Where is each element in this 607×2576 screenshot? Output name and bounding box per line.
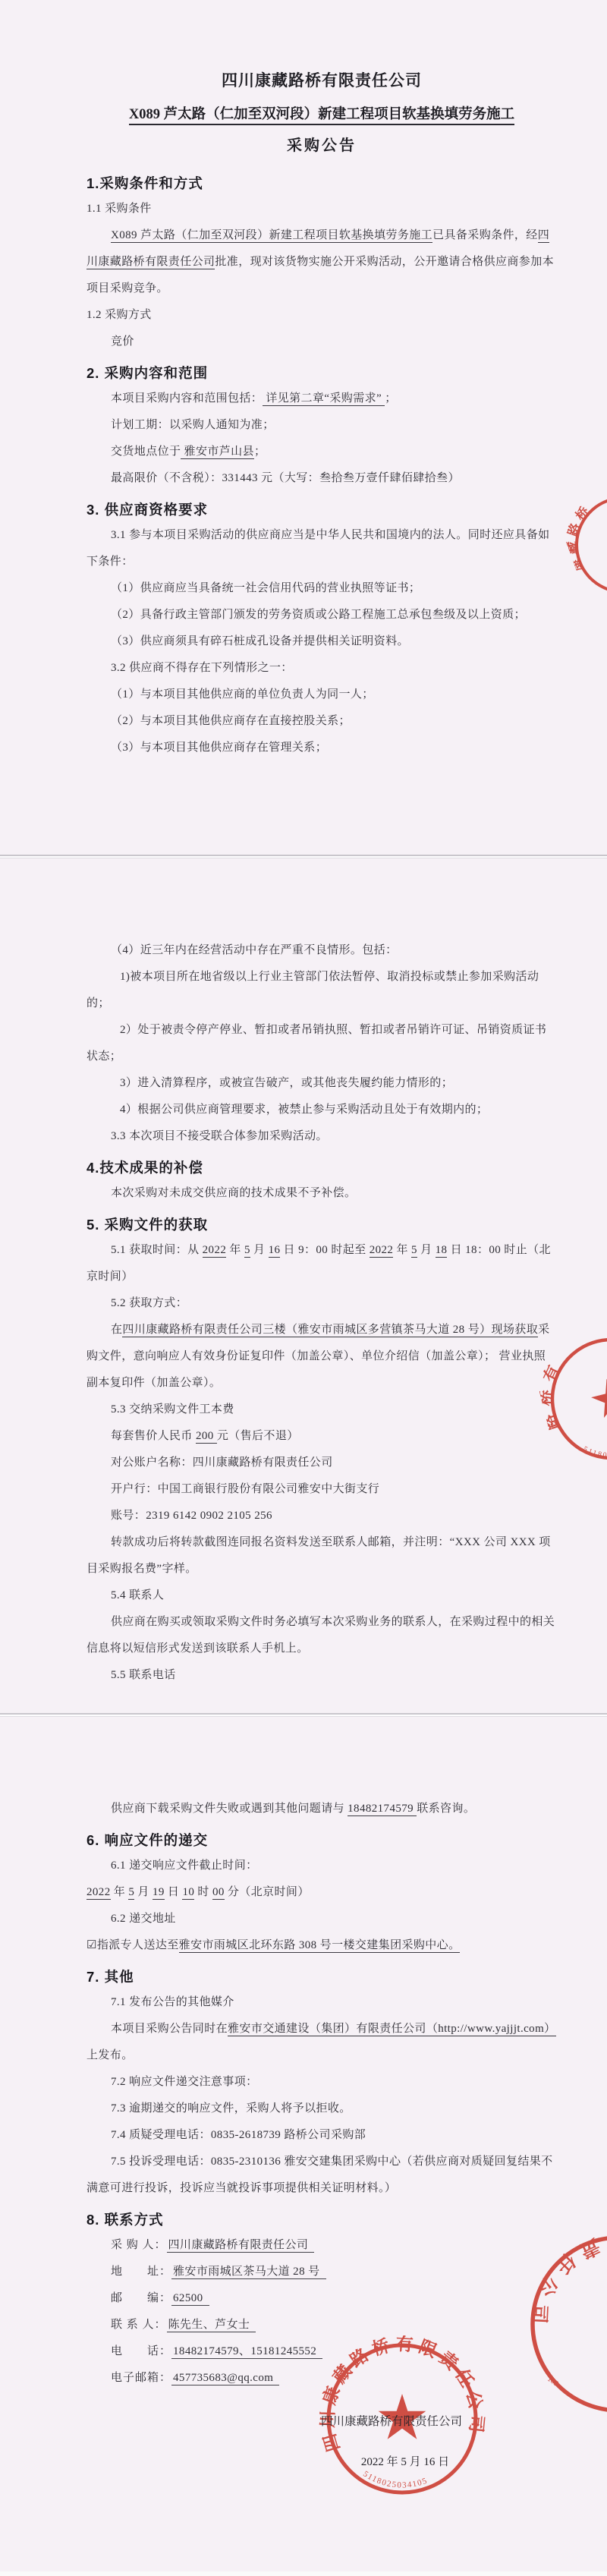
qualification-item-2: （2）具备行政主管部门颁发的劳务资质或公路工程施工总承包叁级及以上资质； bbox=[86, 602, 557, 628]
clause-1-1-body: X089 芦太路（仁加至双河段）新建工程项目软基换填劳务施工已具备采购条件，经四… bbox=[86, 222, 557, 302]
svg-text:51180250: 51180250 bbox=[580, 1437, 607, 1469]
section-8-heading: 8. 联系方式 bbox=[86, 2208, 557, 2232]
underlined-text: 200 bbox=[196, 1430, 217, 1444]
section-1-heading: 1.采购条件和方式 bbox=[86, 172, 557, 196]
max-price-line: 最高限价（不含税）：331443 元（大写：叁拾叁万壹仟肆佰肆拾叁） bbox=[86, 465, 557, 492]
download-help-line: 供应商下载采购文件失败或遇到其他问题请与 18482174579 联系咨询。 bbox=[86, 1796, 557, 1822]
delivery-address-line: ☑指派专人送达至雅安市雨城区北环东路 308 号一楼交建集团采购中心。 bbox=[86, 1932, 557, 1959]
text-segment: 每套售价人民币 bbox=[111, 1430, 196, 1442]
contact-row: 采 购 人：四川康藏路桥有限责任公司 bbox=[86, 2232, 557, 2259]
clause-7-4: 7.4 质疑受理电话：0835-2618739 路桥公司采购部 bbox=[86, 2122, 557, 2149]
clause-5-3-heading: 5.3 交纳采购文件工本费 bbox=[86, 1397, 557, 1423]
bad-record-item-3: 3）进入清算程序，或被宣告破产，或其他丧失履约能力情形的； bbox=[86, 1070, 557, 1097]
doc-type-title: 采购公告 bbox=[86, 135, 557, 156]
underlined-text: 雅安市雨城区北环东路 308 号一楼交建集团采购中心。 bbox=[179, 1939, 461, 1953]
clause-5-4-body: 供应商在购买或领取采购文件时务必填写本次采购业务的联系人，在采购过程中的相关信息… bbox=[86, 1609, 557, 1662]
text-segment: 月 bbox=[417, 1244, 436, 1256]
underlined-text: 2022 bbox=[86, 1886, 111, 1900]
page-1: 四川康藏路桥有限责任公司 X089 芦太路（仁加至双河段）新建工程项目软基换填劳… bbox=[0, 0, 607, 855]
underlined-text: 18482174579 bbox=[348, 1803, 417, 1816]
schedule-line: 计划工期：以采购人通知为准； bbox=[86, 412, 557, 439]
clause-5-1: 5.1 获取时间：从 2022 年 5 月 16 日 9：00 时起至 2022… bbox=[86, 1237, 557, 1290]
clause-6-1-heading: 6.1 递交响应文件截止时间： bbox=[86, 1853, 557, 1879]
restriction-item-2: （2）与本项目其他供应商存在直接控股关系； bbox=[86, 708, 557, 735]
bad-record-item-4: 4）根据公司供应商管理要求，被禁止参与采购活动且处于有效期内的； bbox=[86, 1097, 557, 1123]
text-segment: 交货地点位于 bbox=[111, 446, 181, 458]
underlined-text: 详见第二章“采购需求” bbox=[263, 392, 385, 406]
transfer-note-line: 转款成功后将转款截图连同报名资料发送至联系人邮箱，并注明：“XXX 公司 XXX… bbox=[86, 1529, 557, 1582]
project-title-text: X089 芦太路（仁加至双河段）新建工程项目软基换填劳务施工 bbox=[129, 107, 514, 125]
underlined-text: 雅安市交通建设（集团）有限责任公司（http://www.yajjjt.com） bbox=[228, 2023, 556, 2036]
section-2-heading: 2. 采购内容和范围 bbox=[86, 361, 557, 386]
text-segment: 指派专人送达至 bbox=[97, 1939, 179, 1951]
clause-1-2-heading: 1.2 采购方式 bbox=[86, 302, 557, 329]
clause-7-2: 7.2 响应文件递交注意事项： bbox=[86, 2069, 557, 2096]
page-1-content: 四川康藏路桥有限责任公司 X089 芦太路（仁加至双河段）新建工程项目软基换填劳… bbox=[0, 0, 607, 761]
page-2: （4）近三年内在经营活动中存在严重不良情形。包括： 1)被本项目所在地省级以上行… bbox=[0, 858, 607, 1713]
clause-5-5-heading: 5.5 联系电话 bbox=[86, 1662, 557, 1689]
underlined-text: 5 bbox=[244, 1244, 250, 1258]
clause-7-3: 7.3 逾期递交的响应文件，采购人将予以拒收。 bbox=[86, 2096, 557, 2122]
clause-5-2-heading: 5.2 获取方式： bbox=[86, 1290, 557, 1317]
contact-row: 地 址：雅安市雨城区茶马大道 28 号 bbox=[86, 2259, 557, 2285]
contact-value: 457735683@qq.com bbox=[171, 2372, 279, 2385]
text-segment: 元（售后不退） bbox=[217, 1430, 299, 1442]
scanned-document: 四川康藏路桥有限责任公司 X089 芦太路（仁加至双河段）新建工程项目软基换填劳… bbox=[0, 0, 607, 2571]
bad-record-item-2: 2）处于被责令停产停业、暂扣或者吊销执照、暂扣或者吊销许可证、吊销资质证书状态； bbox=[86, 1017, 557, 1070]
signature-company: 四川康藏路桥有限责任公司 bbox=[303, 2412, 480, 2429]
restriction-item-4: （4）近三年内在经营活动中存在严重不良情形。包括： bbox=[86, 937, 557, 964]
account-number-line: 账号：2319 6142 0902 2105 256 bbox=[86, 1503, 557, 1529]
section-4-heading: 4.技术成果的补偿 bbox=[86, 1156, 557, 1180]
clause-6-2-heading: 6.2 递交地址 bbox=[86, 1906, 557, 1932]
text-segment: 日 9：00 时起至 bbox=[280, 1244, 369, 1256]
clause-4-body: 本次采购对未成交供应商的技术成果不予补偿。 bbox=[86, 1180, 557, 1207]
text-segment: 时 bbox=[194, 1886, 212, 1898]
text-segment: 日 bbox=[165, 1886, 183, 1898]
delivery-place-line: 交货地点位于 雅安市芦山县； bbox=[86, 439, 557, 465]
text-segment: 年 bbox=[393, 1244, 411, 1256]
page-3: 供应商下载采购文件失败或遇到其他问题请与 18482174579 联系咨询。 6… bbox=[0, 1717, 607, 2571]
document-fee-line: 每套售价人民币 200 元（售后不退） bbox=[86, 1423, 557, 1450]
text-segment: 上发布。 bbox=[86, 2049, 134, 2061]
delivery-address-text: 指派专人送达至雅安市雨城区北环东路 308 号一楼交建集团采购中心。 bbox=[97, 1939, 461, 1953]
procurement-method-value: 竞价 bbox=[86, 329, 557, 355]
underlined-text: 00 bbox=[212, 1886, 225, 1900]
contact-value: 四川康藏路桥有限责任公司 bbox=[167, 2239, 315, 2253]
text-segment: 分（北京时间） bbox=[225, 1886, 310, 1898]
bank-line: 开户行：中国工商银行股份有限公司雅安中大街支行 bbox=[86, 1476, 557, 1503]
underlined-text: X089 芦太路（仁加至双河段）新建工程项目软基换填劳务施工 bbox=[111, 229, 432, 243]
contact-row: 邮 编：62500 bbox=[86, 2285, 557, 2312]
project-title: X089 芦太路（仁加至双河段）新建工程项目软基换填劳务施工 bbox=[86, 105, 557, 124]
underlined-text: 5 bbox=[411, 1244, 417, 1258]
clause-3-2: 3.2 供应商不得存在下列情形之一： bbox=[86, 655, 557, 682]
underlined-text: 雅安市芦山县 bbox=[181, 446, 254, 459]
contact-label: 采 购 人： bbox=[111, 2239, 167, 2251]
underlined-text: 16 bbox=[269, 1244, 281, 1258]
text-segment: ； bbox=[385, 392, 396, 405]
text-segment: 年 bbox=[226, 1244, 244, 1256]
clause-3-3: 3.3 本次项目不接受联合体参加采购活动。 bbox=[86, 1123, 557, 1150]
text-segment: 本项目采购内容和范围包括： bbox=[111, 392, 263, 405]
underlined-text: 2022 bbox=[203, 1244, 227, 1258]
text-segment: 联系咨询。 bbox=[417, 1803, 475, 1815]
checkbox-checked-icon: ☑ bbox=[86, 1939, 97, 1951]
underlined-text: 10 bbox=[182, 1886, 194, 1900]
contact-label: 联 系 人： bbox=[111, 2319, 167, 2331]
seal-serial: 51180250 bbox=[580, 1437, 607, 1469]
underlined-text: 18 bbox=[436, 1244, 448, 1258]
qualification-item-1: （1）供应商应当具备统一社会信用代码的营业执照等证书； bbox=[86, 575, 557, 602]
text-segment: 年 bbox=[111, 1886, 129, 1898]
deadline-line: 2022 年 5 月 19 日 10 时 00 分（北京时间） bbox=[86, 1879, 557, 1906]
contact-label: 地 址： bbox=[111, 2266, 171, 2278]
text-segment: 已具备采购条件，经 bbox=[432, 229, 538, 241]
clause-3-1: 3.1 参与本项目采购活动的供应商应当是中华人民共和国境内的法人。同时还应具备如… bbox=[86, 522, 557, 575]
contact-row: 联 系 人：陈先生、芦女士 bbox=[86, 2312, 557, 2338]
section-6-heading: 6. 响应文件的递交 bbox=[86, 1828, 557, 1853]
bad-record-item-1: 1)被本项目所在地省级以上行业主管部门依法暂停、取消投标或禁止参加采购活动的； bbox=[86, 964, 557, 1017]
text-segment: 月 bbox=[134, 1886, 153, 1898]
section-3-heading: 3. 供应商资格要求 bbox=[86, 498, 557, 522]
text-segment: 本项目采购公告同时在 bbox=[111, 2023, 228, 2035]
signature-date: 2022 年 5 月 16 日 bbox=[317, 2453, 493, 2469]
page-2-content: （4）近三年内在经营活动中存在严重不良情形。包括： 1)被本项目所在地省级以上行… bbox=[0, 858, 607, 1689]
clause-5-4-heading: 5.4 联系人 bbox=[86, 1582, 557, 1609]
contact-label: 电子邮箱： bbox=[111, 2372, 171, 2384]
restriction-item-3: （3）与本项目其他供应商存在管理关系； bbox=[86, 735, 557, 761]
company-title: 四川康藏路桥有限责任公司 bbox=[86, 70, 557, 93]
qualification-item-3: （3）供应商须具有碎石桩成孔设备并提供相关证明资料。 bbox=[86, 628, 557, 655]
seal-star-icon bbox=[588, 1375, 607, 1420]
scope-line: 本项目采购内容和范围包括： 详见第二章“采购需求” ； bbox=[86, 386, 557, 412]
contact-label: 邮 编： bbox=[111, 2292, 171, 2304]
clause-1-1-heading: 1.1 采购条件 bbox=[86, 196, 557, 222]
clause-7-1-body: 本项目采购公告同时在雅安市交通建设（集团）有限责任公司（http://www.y… bbox=[86, 2016, 557, 2069]
clause-5-2-body: 在四川康藏路桥有限责任公司三楼（雅安市雨城区多营镇茶马大道 28 号）现场获取采… bbox=[86, 1317, 557, 1397]
text-segment: ； bbox=[254, 446, 266, 458]
section-5-heading: 5. 采购文件的获取 bbox=[86, 1213, 557, 1237]
text-segment: 供应商下载采购文件失败或遇到其他问题请与 bbox=[111, 1803, 348, 1815]
underlined-text: 2022 bbox=[370, 1244, 394, 1258]
text-segment: 5.1 获取时间：从 bbox=[111, 1244, 203, 1256]
section-7-heading: 7. 其他 bbox=[86, 1965, 557, 1989]
underlined-text: 四川康藏路桥有限责任公司三楼（雅安市雨城区多营镇茶马大道 28 号）现场获取 bbox=[122, 1324, 538, 1337]
contact-value: 62500 bbox=[171, 2292, 209, 2306]
svg-text:责任公司: 责任公司 bbox=[524, 2227, 605, 2344]
account-name-line: 对公账户名称：四川康藏路桥有限责任公司 bbox=[86, 1450, 557, 1476]
text-segment: 在 bbox=[111, 1324, 122, 1336]
restriction-item-1: （1）与本项目其他供应商的单位负责人为同一人； bbox=[86, 682, 557, 708]
seal-arc-text: 责任公司 bbox=[524, 2227, 605, 2344]
clause-7-5: 7.5 投诉受理电话：0835-2310136 雅安交建集团采购中心（若供应商对… bbox=[86, 2149, 557, 2202]
text-segment: 月 bbox=[250, 1244, 269, 1256]
contact-value: 18482174579、15181245552 bbox=[171, 2345, 322, 2359]
underlined-text: 19 bbox=[153, 1886, 165, 1900]
contact-value: 陈先生、芦女士 bbox=[167, 2319, 256, 2332]
contact-label: 电 话： bbox=[111, 2345, 171, 2357]
page-3-content: 供应商下载采购文件失败或遇到其他问题请与 18482174579 联系咨询。 6… bbox=[0, 1717, 607, 2392]
contact-value: 雅安市雨城区茶马大道 28 号 bbox=[171, 2266, 326, 2279]
clause-7-1-heading: 7.1 发布公告的其他媒介 bbox=[86, 1989, 557, 2016]
